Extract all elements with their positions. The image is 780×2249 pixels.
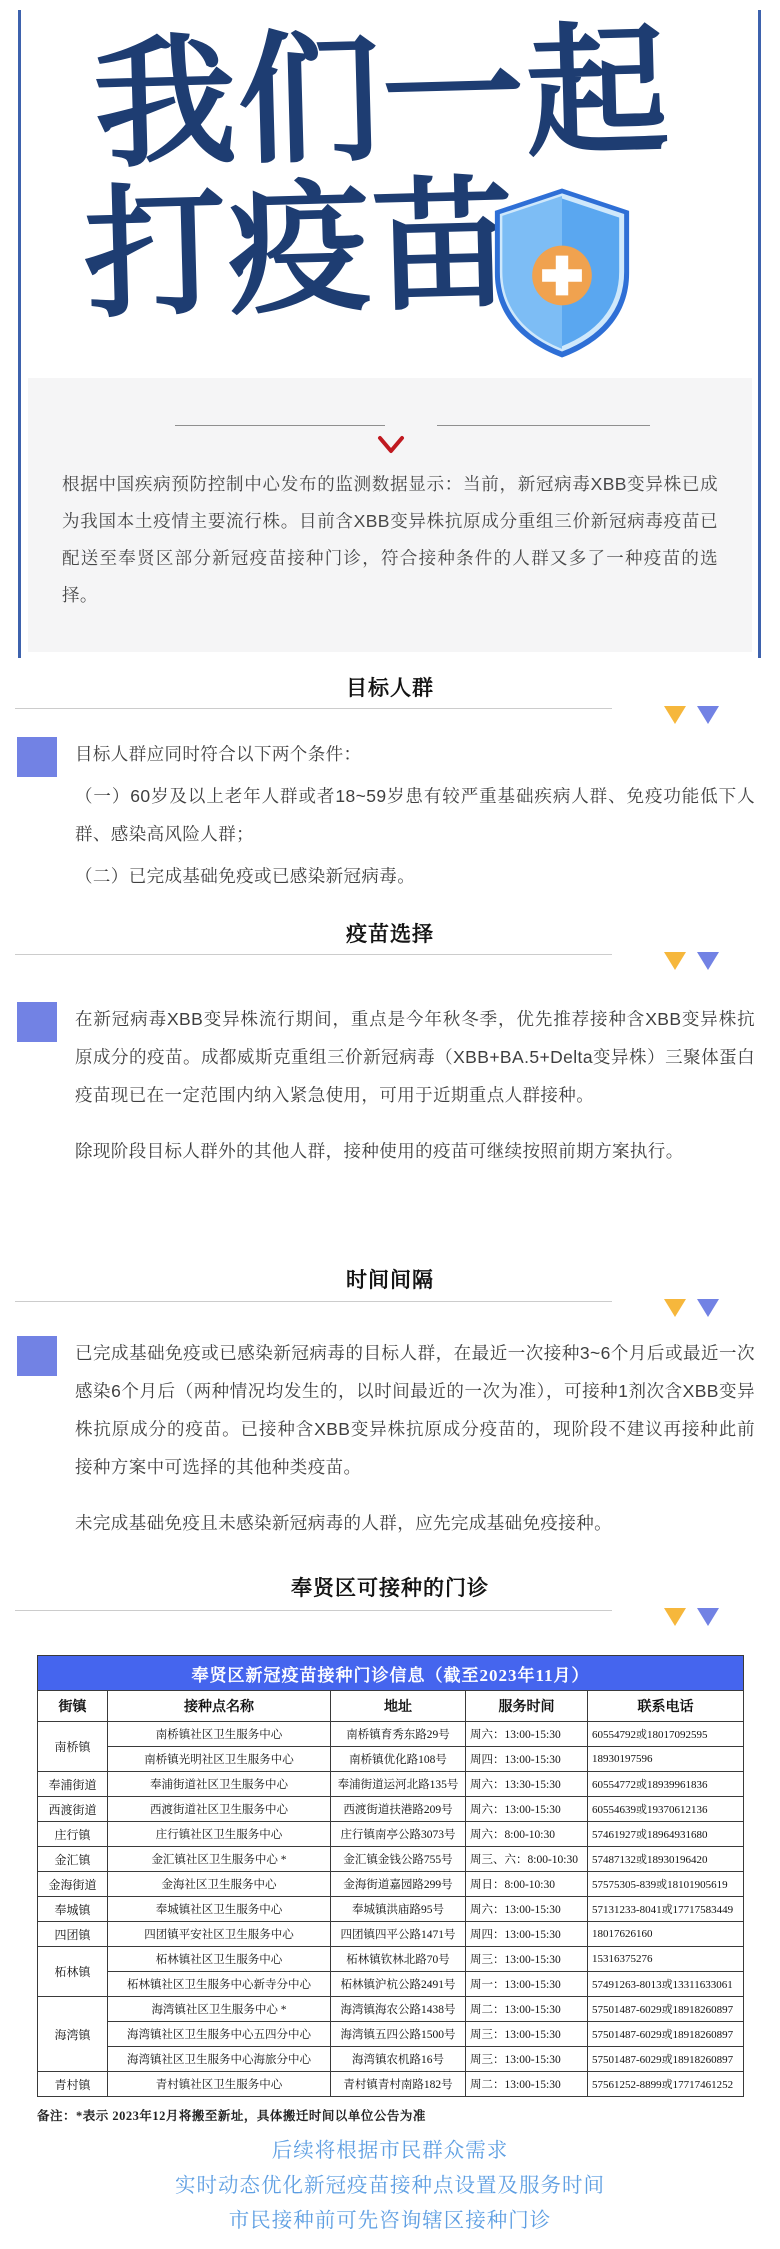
vaccination-clinics-table: 奉贤区新冠疫苗接种门诊信息（截至2023年11月） 街镇 接种点名称 地址 服务… [37, 1655, 744, 2097]
paragraph: 在新冠病毒XBB变异株流行期间，重点是今年秋冬季，优先推荐接种含XBB变异株抗原… [75, 1000, 755, 1114]
time-cell: 周二：13:00-15:30 [466, 2072, 588, 2097]
footer-line: 实时动态优化新冠疫苗接种点设置及服务时间 [0, 2168, 780, 2203]
column-header-address: 地址 [331, 1691, 466, 1722]
site-cell: 奉浦街道社区卫生服务中心 [108, 1772, 331, 1797]
address-cell: 金海街道嘉园路299号 [331, 1872, 466, 1897]
section-underline [15, 1610, 612, 1611]
table-row: 海湾镇社区卫生服务中心海旅分中心海湾镇农机路16号周三：13:00-15:305… [38, 2047, 744, 2072]
phone-cell: 18930197596 [588, 1747, 744, 1772]
time-cell: 周四：13:00-15:30 [466, 1922, 588, 1947]
address-cell: 金汇镇金钱公路755号 [331, 1847, 466, 1872]
paragraph: 未完成基础免疫且未感染新冠病毒的人群，应先完成基础免疫接种。 [75, 1504, 755, 1542]
phone-cell: 57501487-6029或18918260897 [588, 2047, 744, 2072]
chevron-down-icon [376, 432, 406, 462]
table-row: 柘林镇柘林镇社区卫生服务中心柘林镇钦林北路70号周三：13:00-15:3015… [38, 1947, 744, 1972]
table-row: 四团镇四团镇平安社区卫生服务中心四团镇四平公路1471号周四：13:00-15:… [38, 1922, 744, 1947]
site-cell: 柘林镇社区卫生服务中心 [108, 1947, 331, 1972]
phone-cell: 60554639或19370612136 [588, 1797, 744, 1822]
campaign-logo: 我们一起 打疫苗 [84, 20, 724, 360]
divider-line-right [437, 425, 650, 426]
time-cell: 周六：13:00-15:30 [466, 1897, 588, 1922]
section-title-time-interval: 时间间隔 [0, 1264, 780, 1294]
site-cell: 海湾镇社区卫生服务中心海旅分中心 [108, 2047, 331, 2072]
site-cell: 奉城镇社区卫生服务中心 [108, 1897, 331, 1922]
site-cell: 金海社区卫生服务中心 [108, 1872, 331, 1897]
time-cell: 周四：13:00-15:30 [466, 1747, 588, 1772]
table-header-row: 街镇 接种点名称 地址 服务时间 联系电话 [38, 1691, 744, 1722]
time-cell: 周六：13:30-15:30 [466, 1772, 588, 1797]
time-cell: 周二：13:00-15:30 [466, 1997, 588, 2022]
site-cell: 海湾镇社区卫生服务中心 * [108, 1997, 331, 2022]
section-divider [0, 952, 780, 974]
town-cell: 海湾镇 [38, 1997, 108, 2072]
site-cell: 庄行镇社区卫生服务中心 [108, 1822, 331, 1847]
section-divider [0, 706, 780, 728]
section-title-clinics: 奉贤区可接种的门诊 [0, 1572, 780, 1602]
time-cell: 周三：13:00-15:30 [466, 2047, 588, 2072]
town-cell: 金海街道 [38, 1872, 108, 1897]
table-row: 海湾镇海湾镇社区卫生服务中心 *海湾镇海农公路1438号周二：13:00-15:… [38, 1997, 744, 2022]
table-title: 奉贤区新冠疫苗接种门诊信息（截至2023年11月） [38, 1656, 744, 1691]
section-divider [0, 1608, 780, 1630]
section-underline [15, 1301, 612, 1302]
footer-notice: 后续将根据市民群众需求 实时动态优化新冠疫苗接种点设置及服务时间 市民接种前可先… [0, 2133, 780, 2238]
site-cell: 西渡街道社区卫生服务中心 [108, 1797, 331, 1822]
table-row: 海湾镇社区卫生服务中心五四分中心海湾镇五四公路1500号周三：13:00-15:… [38, 2022, 744, 2047]
table-row: 金海街道金海社区卫生服务中心金海街道嘉园路299号周日：8:00-10:3057… [38, 1872, 744, 1897]
time-cell: 周六：13:00-15:30 [466, 1722, 588, 1747]
section-body-target-population: 目标人群应同时符合以下两个条件： （一）60岁及以上老年人群或者18~59岁患有… [75, 735, 755, 895]
time-cell: 周六：13:00-15:30 [466, 1797, 588, 1822]
town-cell: 西渡街道 [38, 1797, 108, 1822]
paragraph: （二）已完成基础免疫或已感染新冠病毒。 [75, 857, 755, 895]
phone-cell: 57131233-8041或17717583449 [588, 1897, 744, 1922]
address-cell: 四团镇四平公路1471号 [331, 1922, 466, 1947]
site-cell: 四团镇平安社区卫生服务中心 [108, 1922, 331, 1947]
town-cell: 奉城镇 [38, 1897, 108, 1922]
town-cell: 奉浦街道 [38, 1772, 108, 1797]
table-row: 奉浦街道奉浦街道社区卫生服务中心奉浦街道运河北路135号周六：13:30-15:… [38, 1772, 744, 1797]
town-cell: 柘林镇 [38, 1947, 108, 1997]
phone-cell: 15316375276 [588, 1947, 744, 1972]
orange-triangle-icon [664, 952, 686, 970]
column-header-time: 服务时间 [466, 1691, 588, 1722]
address-cell: 柘林镇钦林北路70号 [331, 1947, 466, 1972]
divider-line-left [175, 425, 385, 426]
footer-line: 市民接种前可先咨询辖区接种门诊 [0, 2203, 780, 2238]
section-underline [15, 708, 612, 709]
address-cell: 庄行镇南亭公路3073号 [331, 1822, 466, 1847]
bullet-square-icon [17, 737, 57, 777]
town-cell: 庄行镇 [38, 1822, 108, 1847]
logo-text-line1: 我们一起 [92, 12, 726, 184]
table-row: 柘林镇社区卫生服务中心新寺分中心柘林镇沪杭公路2491号周一：13:00-15:… [38, 1972, 744, 1997]
address-cell: 海湾镇农机路16号 [331, 2047, 466, 2072]
table-row: 西渡街道西渡街道社区卫生服务中心西渡街道扶港路209号周六：13:00-15:3… [38, 1797, 744, 1822]
column-header-site: 接种点名称 [108, 1691, 331, 1722]
phone-cell: 57491263-8013或13311633061 [588, 1972, 744, 1997]
address-cell: 奉浦街道运河北路135号 [331, 1772, 466, 1797]
address-cell: 南桥镇育秀东路29号 [331, 1722, 466, 1747]
table-row: 庄行镇庄行镇社区卫生服务中心庄行镇南亭公路3073号周六：8:00-10:305… [38, 1822, 744, 1847]
section-body-time-interval: 已完成基础免疫或已感染新冠病毒的目标人群，在最近一次接种3~6个月后或最近一次感… [75, 1334, 755, 1542]
time-cell: 周六：8:00-10:30 [466, 1822, 588, 1847]
column-header-phone: 联系电话 [588, 1691, 744, 1722]
phone-cell: 57487132或18930196420 [588, 1847, 744, 1872]
town-cell: 青村镇 [38, 2072, 108, 2097]
table-row: 南桥镇光明社区卫生服务中心南桥镇优化路108号周四：13:00-15:30189… [38, 1747, 744, 1772]
article-page: { "logo": { "line1": "我们一起", "line2": "打… [0, 0, 780, 2249]
paragraph: 除现阶段目标人群外的其他人群，接种使用的疫苗可继续按照前期方案执行。 [75, 1132, 755, 1170]
phone-cell: 57461927或18964931680 [588, 1822, 744, 1847]
site-cell: 青村镇社区卫生服务中心 [108, 2072, 331, 2097]
paragraph: 已完成基础免疫或已感染新冠病毒的目标人群，在最近一次接种3~6个月后或最近一次感… [75, 1334, 755, 1486]
shield-plus-icon [486, 186, 638, 360]
intro-paragraph: 根据中国疾病预防控制中心发布的监测数据显示：当前，新冠病毒XBB变异株已成为我国… [62, 466, 718, 614]
time-cell: 周日：8:00-10:30 [466, 1872, 588, 1897]
orange-triangle-icon [664, 1299, 686, 1317]
phone-cell: 60554792或18017092595 [588, 1722, 744, 1747]
footer-line: 后续将根据市民群众需求 [0, 2133, 780, 2168]
clinic-table-block: 奉贤区新冠疫苗接种门诊信息（截至2023年11月） 街镇 接种点名称 地址 服务… [37, 1655, 743, 2124]
section-title-target-population: 目标人群 [0, 672, 780, 702]
phone-cell: 18017626160 [588, 1922, 744, 1947]
phone-cell: 57561252-8899或17717461252 [588, 2072, 744, 2097]
paragraph: 目标人群应同时符合以下两个条件： [75, 735, 755, 773]
town-cell: 四团镇 [38, 1922, 108, 1947]
section-underline [15, 954, 612, 955]
column-header-town: 街镇 [38, 1691, 108, 1722]
address-cell: 海湾镇五四公路1500号 [331, 2022, 466, 2047]
section-divider [0, 1299, 780, 1321]
site-cell: 海湾镇社区卫生服务中心五四分中心 [108, 2022, 331, 2047]
table-row: 南桥镇南桥镇社区卫生服务中心南桥镇育秀东路29号周六：13:00-15:3060… [38, 1722, 744, 1747]
section-title-vaccine-choice: 疫苗选择 [0, 918, 780, 948]
intro-box: 根据中国疾病预防控制中心发布的监测数据显示：当前，新冠病毒XBB变异株已成为我国… [28, 378, 752, 652]
table-row: 金汇镇金汇镇社区卫生服务中心 *金汇镇金钱公路755号周三、六：8:00-10:… [38, 1847, 744, 1872]
site-cell: 南桥镇光明社区卫生服务中心 [108, 1747, 331, 1772]
phone-cell: 60554772或18939961836 [588, 1772, 744, 1797]
blue-triangle-icon [697, 952, 719, 970]
table-row: 奉城镇奉城镇社区卫生服务中心奉城镇洪庙路95号周六：13:00-15:30571… [38, 1897, 744, 1922]
address-cell: 南桥镇优化路108号 [331, 1747, 466, 1772]
table-title-row: 奉贤区新冠疫苗接种门诊信息（截至2023年11月） [38, 1656, 744, 1691]
section-body-vaccine-choice: 在新冠病毒XBB变异株流行期间，重点是今年秋冬季，优先推荐接种含XBB变异株抗原… [75, 1000, 755, 1170]
time-cell: 周一：13:00-15:30 [466, 1972, 588, 1997]
address-cell: 柘林镇沪杭公路2491号 [331, 1972, 466, 1997]
address-cell: 海湾镇海农公路1438号 [331, 1997, 466, 2022]
site-cell: 金汇镇社区卫生服务中心 * [108, 1847, 331, 1872]
time-cell: 周三：13:00-15:30 [466, 1947, 588, 1972]
paragraph: （一）60岁及以上老年人群或者18~59岁患有较严重基础疾病人群、免疫功能低下人… [75, 777, 755, 853]
time-cell: 周三：13:00-15:30 [466, 2022, 588, 2047]
blue-triangle-icon [697, 1299, 719, 1317]
town-cell: 南桥镇 [38, 1722, 108, 1772]
orange-triangle-icon [664, 1608, 686, 1626]
blue-triangle-icon [697, 1608, 719, 1626]
town-cell: 金汇镇 [38, 1847, 108, 1872]
address-cell: 西渡街道扶港路209号 [331, 1797, 466, 1822]
bullet-square-icon [17, 1002, 57, 1042]
phone-cell: 57501487-6029或18918260897 [588, 2022, 744, 2047]
bullet-square-icon [17, 1336, 57, 1376]
time-cell: 周三、六：8:00-10:30 [466, 1847, 588, 1872]
site-cell: 柘林镇社区卫生服务中心新寺分中心 [108, 1972, 331, 1997]
left-border-line [18, 10, 21, 658]
table-row: 青村镇青村镇社区卫生服务中心青村镇青村南路182号周二：13:00-15:305… [38, 2072, 744, 2097]
phone-cell: 57575305-839或18101905619 [588, 1872, 744, 1897]
site-cell: 南桥镇社区卫生服务中心 [108, 1722, 331, 1747]
address-cell: 青村镇青村南路182号 [331, 2072, 466, 2097]
orange-triangle-icon [664, 706, 686, 724]
table-footnote: 备注：*表示 2023年12月将搬至新址，具体搬迁时间以单位公告为准 [37, 2106, 743, 2124]
blue-triangle-icon [697, 706, 719, 724]
address-cell: 奉城镇洪庙路95号 [331, 1897, 466, 1922]
phone-cell: 57501487-6029或18918260897 [588, 1997, 744, 2022]
right-border-line [758, 10, 761, 658]
